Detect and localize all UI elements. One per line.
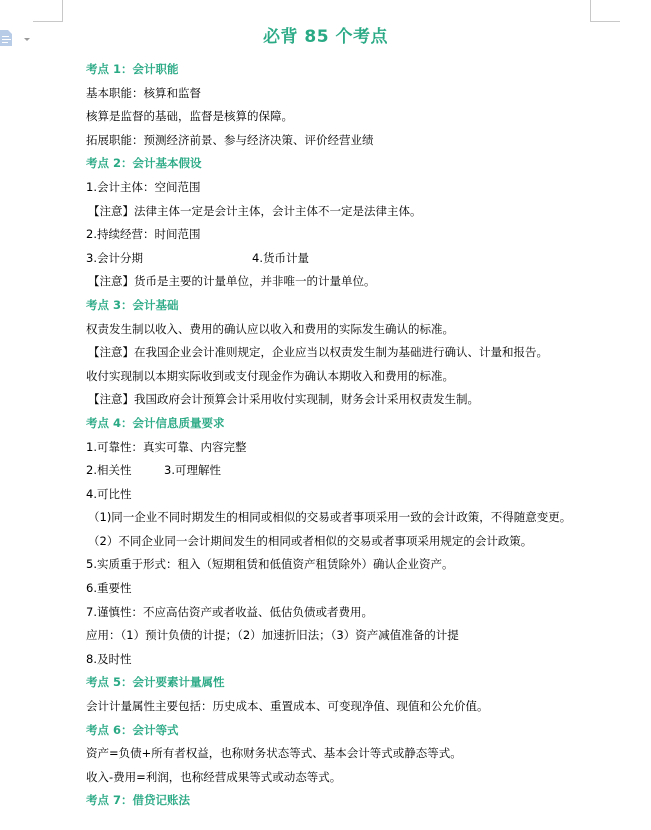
paragraph: 会计计量属性主要包括：历史成本、重置成本、可变现净值、现值和公允价值。 (86, 695, 606, 719)
paragraph: 2.持续经营：时间范围 (86, 223, 606, 247)
paragraph-right: 3.可理解性 (164, 463, 221, 477)
paragraph: 5.实质重于形式：租入（短期租赁和低值资产租赁除外）确认企业资产。 (86, 553, 606, 577)
section-heading: 考点 2：会计基本假设 (86, 152, 606, 176)
paragraph-left: 2.相关性 (86, 459, 164, 483)
paragraph: 应用：（1）预计负债的计提；（2）加速折旧法；（3）资产减值准备的计提 (86, 624, 606, 648)
section-heading: 考点 4：会计信息质量要求 (86, 412, 606, 436)
paragraph: 4.可比性 (86, 483, 606, 507)
paragraph: 基本职能：核算和监督 (86, 82, 606, 106)
note-paragraph: 【注意】我国政府会计预算会计采用收付实现制，财务会计采用权责发生制。 (86, 388, 606, 412)
section-heading: 考点 6：会计等式 (86, 719, 606, 743)
note-paragraph: 【注意】法律主体一定是会计主体，会计主体不一定是法律主体。 (86, 200, 606, 224)
section-heading: 考点 3：会计基础 (86, 294, 606, 318)
paragraph-right: 4.货币计量 (252, 251, 309, 265)
paragraph: 权责发生制以收入、费用的确认应以收入和费用的实际发生确认的标准。 (86, 318, 606, 342)
paragraph-left: 3.会计分期 (86, 247, 252, 271)
paragraph: 收付实现制以本期实际收到或支付现金作为确认本期收入和费用的标准。 (86, 365, 606, 389)
paragraph: 拓展职能：预测经济前景、参与经济决策、评价经营业绩 (86, 129, 606, 153)
paragraph: 1.会计主体：空间范围 (86, 176, 606, 200)
paragraph-two-column: 2.相关性3.可理解性 (86, 459, 606, 483)
note-paragraph: 【注意】在我国企业会计准则规定，企业应当以权责发生制为基础进行确认、计量和报告。 (86, 341, 606, 365)
page-corner-mark-right (590, 0, 620, 22)
note-paragraph: 【注意】货币是主要的计量单位，并非唯一的计量单位。 (86, 270, 606, 294)
paragraph: 6.重要性 (86, 577, 606, 601)
section-heading: 考点 7：借贷记账法 (86, 789, 606, 813)
paragraph: 核算是监督的基础，监督是核算的保障。 (86, 105, 606, 129)
document-title: 必背 85 个考点 (0, 22, 651, 47)
paragraph: 8.及时性 (86, 648, 606, 672)
document-body: 考点 1：会计职能 基本职能：核算和监督 核算是监督的基础，监督是核算的保障。 … (86, 58, 606, 813)
page-corner-mark-left (33, 0, 63, 22)
paragraph: （2）不同企业同一会计期间发生的相同或者相似的交易或者事项采用规定的会计政策。 (86, 530, 606, 554)
section-heading: 考点 1：会计职能 (86, 58, 606, 82)
section-heading: 考点 5：会计要素计量属性 (86, 671, 606, 695)
paragraph-two-column: 3.会计分期4.货币计量 (86, 247, 606, 271)
paragraph: 7.谨慎性：不应高估资产或者收益、低估负债或者费用。 (86, 601, 606, 625)
paragraph: 收入-费用=利润，也称经营成果等式或动态等式。 (86, 766, 606, 790)
paragraph: 1.可靠性：真实可靠、内容完整 (86, 436, 606, 460)
paragraph: 资产=负债+所有者权益，也称财务状态等式、基本会计等式或静态等式。 (86, 742, 606, 766)
paragraph: （1)同一企业不同时期发生的相同或相似的交易或者事项采用一致的会计政策，不得随意… (86, 506, 606, 530)
